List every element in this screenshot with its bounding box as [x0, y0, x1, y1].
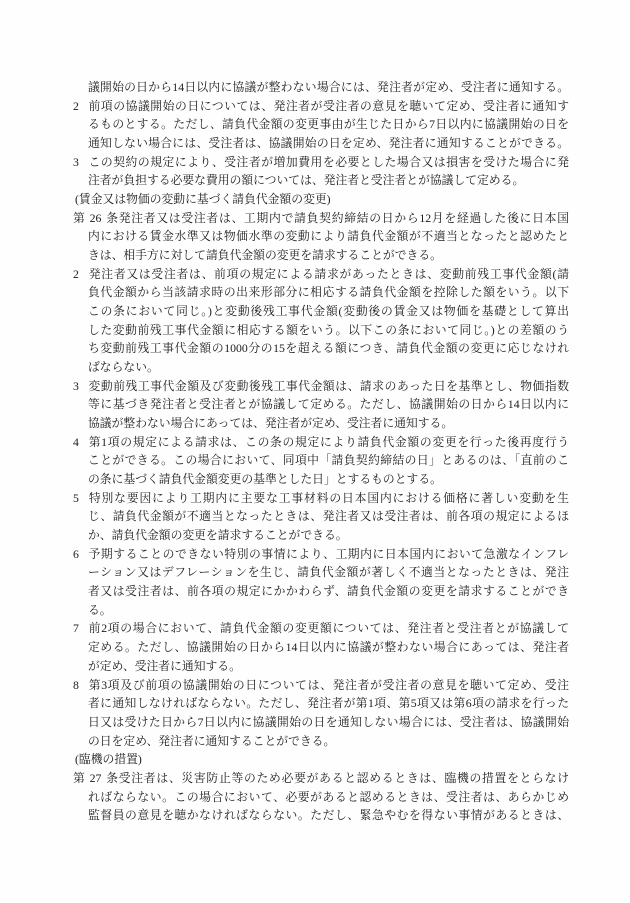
item-first-line: 7前2項の場合において、請負代金額の変更額については、発注者と受注者とが協議して	[73, 619, 569, 638]
clause-text-line: 負代金額から当該請求時の出来形部分に相応する請負代金額を控除した額をいう。以下	[73, 283, 569, 302]
item-number: 3	[73, 377, 88, 396]
item-first-line: 3変動前残工事代金額及び変動後残工事代金額は、請求のあった日を基準とし、物価指数	[73, 377, 569, 396]
clause-text-line: きは、相手方に対して請負代金額の変更を請求することができる。	[73, 246, 569, 265]
clause-text-line: 者又は受注者は、前各項の規定にかかわらず、請負代金額の変更を請求することができ	[73, 582, 569, 601]
clause-text-line: が定め、受注者に通知する。	[73, 657, 569, 676]
item-number: 3	[73, 153, 88, 172]
item-first-line: 2前項の協議開始の日については、発注者が受注者の意見を聴いて定め、受注者に通知す	[73, 97, 569, 116]
item-first-line: 8第3項及び前項の協議開始の日については、発注者が受注者の意見を聴いて定め、受注	[73, 676, 569, 695]
item-first-line: 3この契約の規定により、受注者が増加費用を必要とした場合又は損害を受けた場合に発	[73, 153, 569, 172]
clause-text-line: か、請負代金額の変更を請求することができる。	[73, 526, 569, 545]
item-number: 6	[73, 545, 88, 564]
clause-text-line: じ、請負代金額が不適当となったときは、発注者又は受注者は、前各項の規定によるほ	[73, 507, 569, 526]
clause-text-line: の日を定め、発注者に通知することができる。	[73, 732, 569, 751]
clause-text-line: ばならない。	[73, 358, 569, 377]
clause-text-line: る。	[73, 601, 569, 620]
clause-text-line: ーション又はデフレーションを生じ、請負代金額が著しく不適当となったときは、発注	[73, 563, 569, 582]
clause-text-line: の条に基づく請負代金額変更の基準とした日」とするものとする。	[73, 470, 569, 489]
clause-text-line: 内における賃金水準又は物価水準の変動により請負代金額が不適当となったと認めたと	[73, 227, 569, 246]
clause-text-line: ことができる。この場合において、同項中「請負契約締結の日」とあるのは、「直前のこ	[73, 451, 569, 470]
document-text-block: 議開始の日から14日以内に協議が整わない場合には、発注者が定め、受注者に通知する…	[73, 78, 569, 825]
item-number: 4	[73, 433, 88, 452]
document-page: 議開始の日から14日以内に協議が整わない場合には、発注者が定め、受注者に通知する…	[0, 0, 630, 903]
clause-text-line: 監督員の意見を聴かなければならない。ただし、緊急やむを得ない事情があるときは、	[73, 806, 569, 825]
clause-text-line: 協議が整わない場合にあっては、発注者が定め、受注者に通知する。	[73, 414, 569, 433]
article-first-line: 第26条発注者又は受注者は、工期内で請負契約締結の日から12月を経過した後に日本…	[73, 209, 569, 228]
clause-text-line: 定める。ただし、協議開始の日から14日以内に協議が整わない場合にあっては、発注者	[73, 638, 569, 657]
clause-text-line: 等に基づき発注者と受注者とが協議して定める。ただし、協議開始の日から14日以内に	[73, 395, 569, 414]
clause-text-line: この条において同じ。)と変動後残工事代金額(変動後の賃金又は物価を基礎として算出	[73, 302, 569, 321]
item-first-line: 6予期することのできない特別の事情により、工期内に日本国内において急激なインフレ	[73, 545, 569, 564]
article-first-line: 第27条受注者は、災害防止等のため必要があると認めるときは、臨機の措置をとらなけ	[73, 769, 569, 788]
clause-text-line: 注者が負担する必要な費用の額については、発注者と受注者とが協議して定める。	[73, 171, 569, 190]
article-number: 第26条	[73, 209, 118, 228]
item-number: 8	[73, 676, 88, 695]
clause-text-line: した変動前残工事代金額に相応する額をいう。以下この条において同じ。)との差額のう	[73, 321, 569, 340]
article-number: 第27条	[73, 769, 118, 788]
item-number: 5	[73, 489, 88, 508]
clause-text-line: 者に通知しなければならない。ただし、発注者が第1項、第5項又は第6項の請求を行っ…	[73, 694, 569, 713]
item-number: 7	[73, 619, 88, 638]
clause-text-line: ればならない。この場合において、必要があると認めるときは、受注者は、あらかじめ	[73, 788, 569, 807]
item-first-line: 2発注者又は受注者は、前項の規定による請求があったときは、変動前残工事代金額(請	[73, 265, 569, 284]
item-first-line: 4第1項の規定による請求は、この条の規定により請負代金額の変更を行った後再度行う	[73, 433, 569, 452]
clause-text-line: 通知しない場合には、受注者は、協議開始の日を定め、発注者に通知することができる。	[73, 134, 569, 153]
clause-heading-line: (賃金又は物価の変動に基づく請負代金額の変更)	[73, 190, 569, 209]
clause-text-line: 日又は受けた日から7日以内に協議開始の日を通知しない場合には、受注者は、協議開始	[73, 713, 569, 732]
item-number: 2	[73, 97, 88, 116]
item-number: 2	[73, 265, 88, 284]
item-first-line: 5特別な要因により工期内に主要な工事材料の日本国内における価格に著しい変動を生	[73, 489, 569, 508]
clause-text-line: るものとする。ただし、請負代金額の変更事由が生じた日から7日以内に協議開始の日を	[73, 115, 569, 134]
clause-text-line: 議開始の日から14日以内に協議が整わない場合には、発注者が定め、受注者に通知する…	[73, 78, 569, 97]
clause-heading-line: (臨機の措置)	[73, 750, 569, 769]
clause-text-line: ち変動前残工事代金額の1000分の15を超える額につき、請負代金額の変更に応じな…	[73, 339, 569, 358]
